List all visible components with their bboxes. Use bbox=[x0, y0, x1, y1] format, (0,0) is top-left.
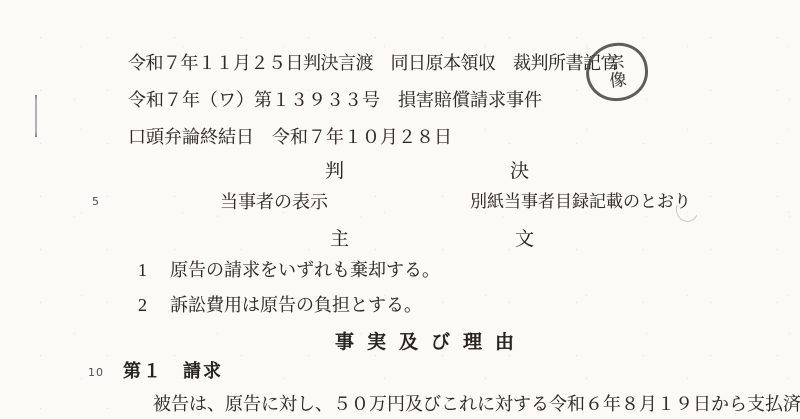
court-clerk-name-seal: 宗 像 bbox=[583, 39, 652, 104]
facts-and-reasons-heading: 事実及び理由 bbox=[335, 332, 527, 355]
ruling-1-text: 原告の請求をいずれも棄却する。 bbox=[170, 260, 440, 282]
ruling-2-text: 訴訟費用は原告の負担とする。 bbox=[170, 295, 422, 317]
judgment-title-char-1: 判 bbox=[325, 161, 344, 184]
court-judgment-scanned-page: 令和７年１１月２５日判決言渡 同日原本領収 裁判所書記官 宗 像 令和７年（ワ）… bbox=[0, 0, 800, 419]
judgment-pronouncement-line: 令和７年１１月２５日判決言渡 同日原本領収 裁判所書記官 bbox=[128, 53, 618, 75]
section-1-claim-body-line: 被告は、原告に対し、５０万円及びこれに対する令和６年８月１９日から支払済 bbox=[153, 394, 800, 416]
ruling-2-number: 2 bbox=[138, 295, 147, 317]
main-text-title-char-2: 文 bbox=[515, 229, 534, 252]
oral-argument-close-date-line: 口頭弁論終結日 令和７年１０月２８日 bbox=[128, 127, 452, 149]
judgment-title-char-2: 決 bbox=[510, 161, 529, 184]
margin-line-number-5: 5 bbox=[92, 195, 100, 208]
main-text-title-char-1: 主 bbox=[330, 229, 349, 252]
margin-line-number-10: 10 bbox=[88, 366, 104, 379]
ruling-1-number: 1 bbox=[138, 260, 147, 282]
parties-label: 当事者の表示 bbox=[220, 192, 328, 214]
section-1-claim-heading: 第１ 請求 bbox=[123, 361, 223, 383]
seal-char-bottom: 像 bbox=[609, 71, 628, 91]
parties-value: 別紙当事者目録記載のとおり bbox=[470, 192, 691, 212]
scan-artifact-vertical-line bbox=[35, 95, 37, 137]
case-number-line: 令和７年（ワ）第１３９３３号 損害賠償請求事件 bbox=[128, 90, 542, 112]
